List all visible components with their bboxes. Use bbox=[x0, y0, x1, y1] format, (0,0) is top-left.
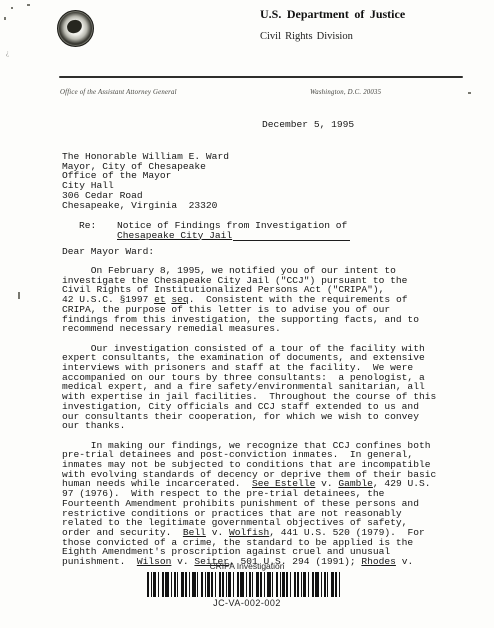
barcode-bar bbox=[327, 572, 328, 597]
barcode-bar bbox=[249, 572, 251, 597]
barcode-bar bbox=[303, 572, 306, 597]
barcode-bar bbox=[215, 572, 216, 597]
underline-extension bbox=[233, 240, 350, 241]
barcode-bar bbox=[228, 572, 231, 597]
re-label: Re: bbox=[79, 221, 96, 231]
salutation: Dear Mayor Ward: bbox=[62, 247, 154, 257]
letter-body: On February 8, 1995, we notified you of … bbox=[62, 266, 436, 567]
doj-seal-eagle-icon bbox=[66, 18, 84, 34]
barcode-bar bbox=[315, 572, 319, 597]
barcode-bar bbox=[171, 572, 172, 597]
body-line: our thanks. bbox=[62, 421, 436, 431]
barcode-bar bbox=[335, 572, 337, 597]
barcode-bar bbox=[252, 572, 253, 597]
barcode-bar bbox=[339, 572, 340, 597]
barcode-bar bbox=[226, 572, 227, 597]
scan-artifact bbox=[27, 4, 30, 6]
barcode-bar bbox=[294, 572, 296, 597]
barcode-bar bbox=[272, 572, 273, 597]
scan-artifact bbox=[4, 17, 6, 20]
barcode-bar bbox=[301, 572, 302, 597]
barcode-bar bbox=[290, 572, 291, 597]
barcode-bar bbox=[312, 572, 314, 597]
barcode-bar bbox=[219, 572, 221, 597]
barcode-bar bbox=[211, 572, 213, 597]
barcode-bar bbox=[282, 572, 285, 597]
barcode-bar bbox=[260, 572, 262, 597]
barcode-bar bbox=[233, 572, 234, 597]
barcode-bar bbox=[324, 572, 326, 597]
barcode-bar bbox=[181, 572, 184, 597]
barcode-bar bbox=[240, 572, 244, 597]
barcode-id-text: JC-VA-002-002 bbox=[0, 598, 494, 608]
barcode-bar bbox=[222, 572, 224, 597]
scan-artifact: ¿ bbox=[6, 50, 9, 57]
barcode-bar bbox=[308, 572, 309, 597]
barcode-bar bbox=[267, 572, 271, 597]
barcode-bar bbox=[286, 572, 288, 597]
barcode-bar bbox=[192, 572, 196, 597]
barcode-bar bbox=[237, 572, 239, 597]
doj-seal-icon bbox=[57, 10, 94, 47]
barcode-bar bbox=[165, 572, 169, 597]
barcode-bar bbox=[331, 572, 334, 597]
barcode-bar bbox=[153, 572, 156, 597]
barcode bbox=[147, 572, 345, 597]
footer-label: CRIPA Investigation bbox=[0, 561, 494, 571]
body-line: recommend necessary remedial measures. bbox=[62, 324, 436, 334]
recipient-line: Chesapeake, Virginia 23320 bbox=[62, 201, 229, 211]
barcode-bar bbox=[280, 572, 281, 597]
barcode-bar bbox=[185, 572, 187, 597]
scan-artifact bbox=[18, 292, 20, 299]
barcode-bar bbox=[177, 572, 178, 597]
scan-artifact bbox=[11, 7, 13, 9]
barcode-bar bbox=[207, 572, 210, 597]
barcode-bar bbox=[158, 572, 159, 597]
header-rule bbox=[59, 76, 463, 78]
barcode-bar bbox=[256, 572, 259, 597]
barcode-bar bbox=[189, 572, 190, 597]
location-line: Washington, D.C. 20035 bbox=[310, 89, 381, 96]
barcode-bar bbox=[162, 572, 164, 597]
barcode-bar bbox=[201, 572, 203, 597]
office-line: Office of the Assistant Attorney General bbox=[60, 89, 177, 96]
division-name: Civil Rights Division bbox=[260, 31, 353, 42]
barcode-bar bbox=[264, 572, 265, 597]
scan-artifact bbox=[468, 92, 471, 94]
barcode-bar bbox=[205, 572, 206, 597]
barcode-bar bbox=[197, 572, 198, 597]
barcode-bar bbox=[147, 572, 149, 597]
department-name: U.S. Department of Justice bbox=[260, 7, 405, 22]
barcode-bar bbox=[297, 572, 299, 597]
barcode-bar bbox=[276, 572, 278, 597]
barcode-bar bbox=[246, 572, 247, 597]
barcode-bar bbox=[174, 572, 176, 597]
letter-page: U.S. Department of Justice Civil Rights … bbox=[0, 0, 494, 628]
recipient-block: The Honorable William E. WardMayor, City… bbox=[62, 152, 229, 210]
letter-date: December 5, 1995 bbox=[262, 120, 354, 130]
barcode-bar bbox=[321, 572, 322, 597]
barcode-bar bbox=[151, 572, 152, 597]
re-subject-line2: Chesapeake City Jail bbox=[117, 231, 232, 241]
